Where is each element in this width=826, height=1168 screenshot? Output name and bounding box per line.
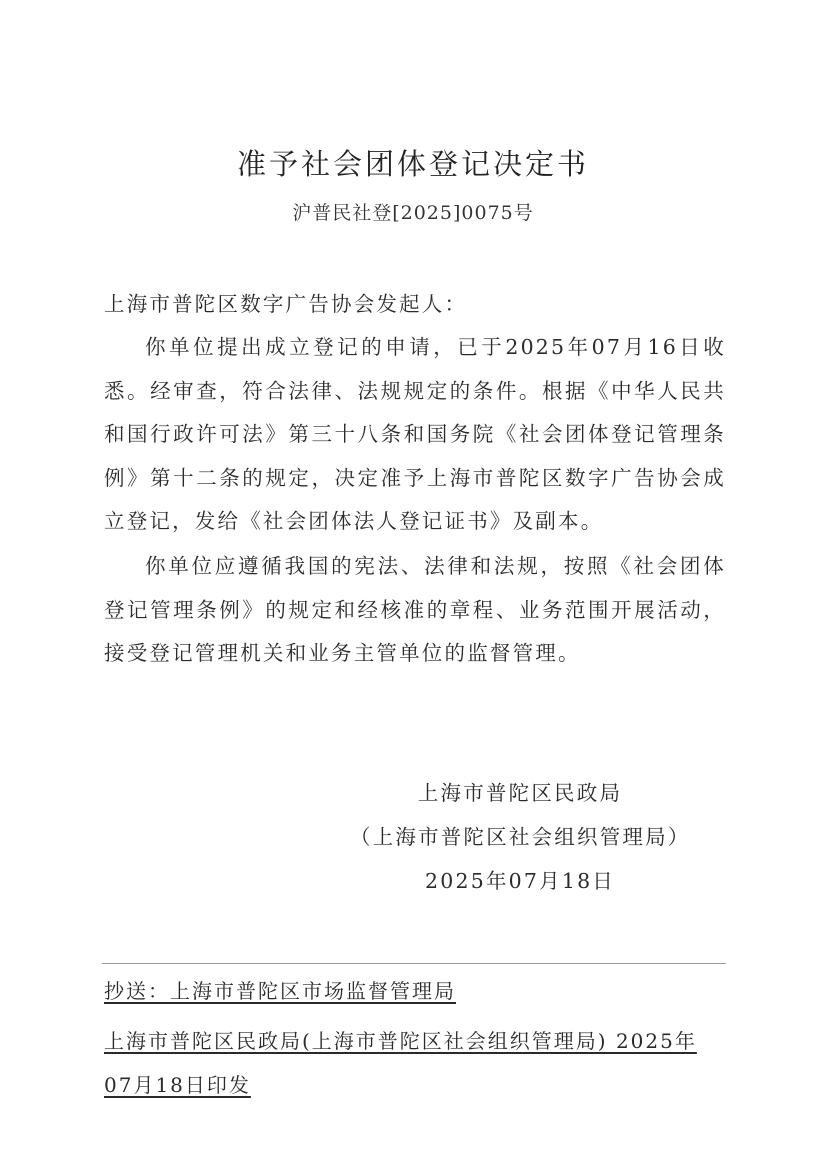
paragraph-obligations: 你单位应遵循我国的宪法、法律和法规，按照《社会团体登记管理条例》的规定和经核准的… [104, 545, 726, 676]
signature-date: 2025年07月18日 [340, 864, 700, 894]
cc-line: 抄送：上海市普陀区市场监督管理局 [104, 975, 456, 1004]
footer-divider [102, 963, 726, 964]
issue-line: 上海市普陀区民政局(上海市普陀区社会组织管理局) 2025年07月18日印发 [104, 1019, 726, 1107]
salutation: 上海市普陀区数字广告协会发起人： [104, 283, 726, 327]
paragraph-approval: 你单位提出成立登记的申请，已于2025年07月16日收悉。经审查，符合法律、法规… [104, 326, 726, 544]
signature-issuer: 上海市普陀区民政局 [340, 776, 700, 806]
document-title: 准予社会团体登记决定书 [0, 142, 826, 183]
document-number: 沪普民社登[2025]0075号 [0, 198, 826, 225]
signature-issuer-alias: （上海市普陀区社会组织管理局） [350, 820, 690, 850]
